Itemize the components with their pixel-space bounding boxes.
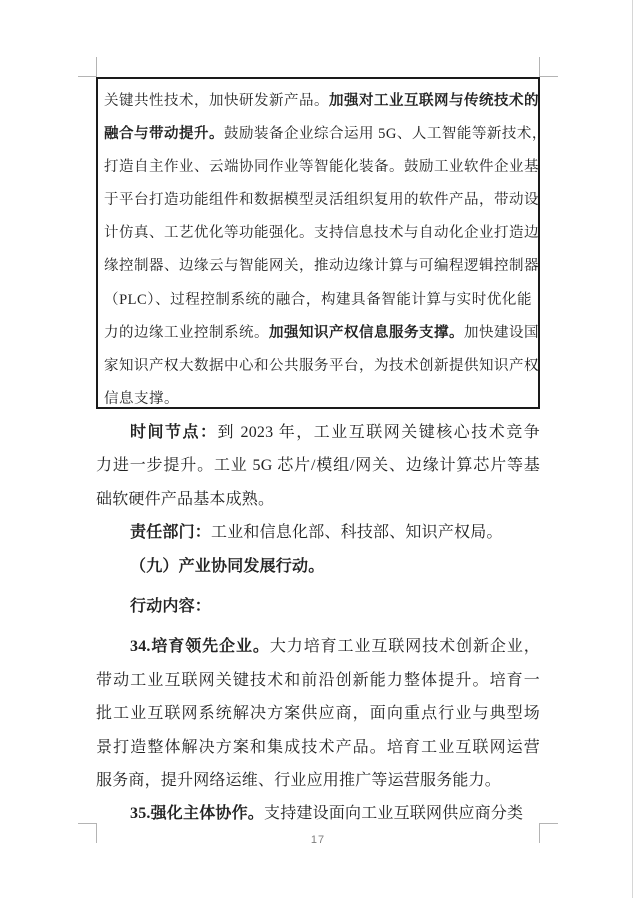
text-run: 大力培育工业互联网技术创新企业， — [270, 638, 540, 655]
text-run: 于平台打造功能组件和数据模型灵活组织复用的软件产品，带动设 — [104, 192, 539, 208]
text-run: 带动工业互联网关键技术和前沿创新能力整体提升。培育一 — [96, 672, 540, 689]
text-boundary-mark-top-left — [78, 57, 97, 77]
text-boundary-mark-top-right — [539, 57, 558, 77]
body-text: 时间节点：到 2023 年，工业互联网关键核心技术竞争力进一步提升。工业 5G … — [96, 416, 540, 831]
paragraph: 35.强化主体协作。支持建设面向工业互联网供应商分类 — [96, 797, 540, 830]
paragraph: 行动内容： — [96, 590, 540, 623]
text-run: 础软硬件产品基本成熟。 — [96, 491, 274, 508]
text-line: 力进一步提升。工业 5G 芯片/模组/网关、边缘计算芯片等基 — [96, 449, 540, 482]
text-run: 加快建设国 — [464, 325, 539, 341]
paragraph: 34.培育领先企业。大力培育工业互联网技术创新企业，带动工业互联网关键技术和前沿… — [96, 630, 540, 797]
bold-text-run: 责任部门： — [130, 524, 211, 541]
text-line: （PLC）、过程控制系统的融合，构建具备智能计算与实时优化能 — [104, 284, 532, 317]
text-line: 础软硬件产品基本成熟。 — [96, 483, 540, 516]
page-edge-line — [632, 0, 633, 898]
text-run: 力进一步提升。工业 5G 芯片/模组/网关、边缘计算芯片等基 — [96, 457, 540, 474]
text-run: 到 2023 年，工业互联网关键核心技术竞争 — [218, 424, 540, 441]
bold-text-run: 时间节点： — [130, 424, 218, 441]
bold-text-run: 融合与带动提升。 — [104, 126, 224, 142]
text-run: 家知识产权大数据中心和公共服务平台，为技术创新提供知识产权 — [104, 358, 539, 374]
bold-text-run: （九）产业协同发展行动。 — [130, 558, 324, 575]
text-line: 家知识产权大数据中心和公共服务平台，为技术创新提供知识产权 — [104, 350, 532, 383]
text-run: 信息支撑。 — [104, 391, 179, 407]
text-run: 计仿真、工艺优化等功能强化。支持信息技术与自动化企业打造边 — [104, 225, 539, 241]
paragraph: 时间节点：到 2023 年，工业互联网关键核心技术竞争力进一步提升。工业 5G … — [96, 416, 540, 516]
text-line: 缘控制器、边缘云与智能网关，推动边缘计算与可编程逻辑控制器 — [104, 250, 532, 283]
text-run: 服务商，提升网络运维、行业应用推广等运营服务能力。 — [96, 772, 501, 789]
paragraph: 责任部门：工业和信息化部、科技部、知识产权局。 — [96, 516, 540, 549]
text-line: 融合与带动提升。鼓励装备企业综合运用 5G、人工智能等新技术， — [104, 118, 532, 151]
text-run: 力的边缘工业控制系统。 — [104, 325, 269, 341]
text-line: 于平台打造功能组件和数据模型灵活组织复用的软件产品，带动设 — [104, 184, 532, 217]
text-line: 时间节点：到 2023 年，工业互联网关键核心技术竞争 — [96, 416, 540, 449]
text-line: 行动内容： — [96, 590, 540, 623]
text-run: 支持建设面向工业互联网供应商分类 — [264, 805, 523, 822]
bold-text-run: 行动内容： — [130, 598, 211, 615]
text-line: 责任部门：工业和信息化部、科技部、知识产权局。 — [96, 516, 540, 549]
bold-text-run: 加强对工业互联网与传统技术的 — [329, 93, 539, 109]
text-line: 批工业互联网系统解决方案供应商，面向重点行业与典型场 — [96, 697, 540, 730]
paragraph: （九）产业协同发展行动。 — [96, 550, 540, 583]
text-run: 缘控制器、边缘云与智能网关，推动边缘计算与可编程逻辑控制器 — [104, 258, 539, 274]
bordered-text-box: 关键共性技术，加快研发新产品。加强对工业互联网与传统技术的融合与带动提升。鼓励装… — [96, 77, 540, 409]
text-line: 服务商，提升网络运维、行业应用推广等运营服务能力。 — [96, 764, 540, 797]
text-line: 信息支撑。 — [104, 383, 532, 416]
document-page: 关键共性技术，加快研发新产品。加强对工业互联网与传统技术的融合与带动提升。鼓励装… — [0, 0, 636, 898]
text-line: 34.培育领先企业。大力培育工业互联网技术创新企业， — [96, 630, 540, 663]
text-run: 批工业互联网系统解决方案供应商，面向重点行业与典型场 — [96, 705, 540, 722]
text-line: 带动工业互联网关键技术和前沿创新能力整体提升。培育一 — [96, 664, 540, 697]
text-line: 景打造整体解决方案和集成技术产品。培育工业互联网运营 — [96, 731, 540, 764]
text-line: 35.强化主体协作。支持建设面向工业互联网供应商分类 — [96, 797, 540, 830]
text-run: 鼓励装备企业综合运用 5G、人工智能等新技术， — [224, 126, 547, 142]
text-run: （PLC）、过程控制系统的融合，构建具备智能计算与实时优化能 — [104, 292, 532, 308]
text-line: 关键共性技术，加快研发新产品。加强对工业互联网与传统技术的 — [104, 85, 532, 118]
text-run: 景打造整体解决方案和集成技术产品。培育工业互联网运营 — [96, 739, 540, 756]
text-line: 计仿真、工艺优化等功能强化。支持信息技术与自动化企业打造边 — [104, 217, 532, 250]
text-line: 力的边缘工业控制系统。加强知识产权信息服务支撑。加快建设国 — [104, 317, 532, 350]
bold-text-run: 35.强化主体协作。 — [130, 805, 264, 822]
text-run: 打造自主作业、云端协同作业等智能化装备。鼓励工业软件企业基 — [104, 159, 539, 175]
text-line: （九）产业协同发展行动。 — [96, 550, 540, 583]
text-run: 关键共性技术，加快研发新产品。 — [104, 93, 329, 109]
bold-text-run: 加强知识产权信息服务支撑。 — [269, 325, 464, 341]
bold-text-run: 34.培育领先企业。 — [130, 638, 270, 655]
text-run: 工业和信息化部、科技部、知识产权局。 — [211, 524, 503, 541]
page-number: 17 — [0, 834, 636, 846]
text-line: 打造自主作业、云端协同作业等智能化装备。鼓励工业软件企业基 — [104, 151, 532, 184]
